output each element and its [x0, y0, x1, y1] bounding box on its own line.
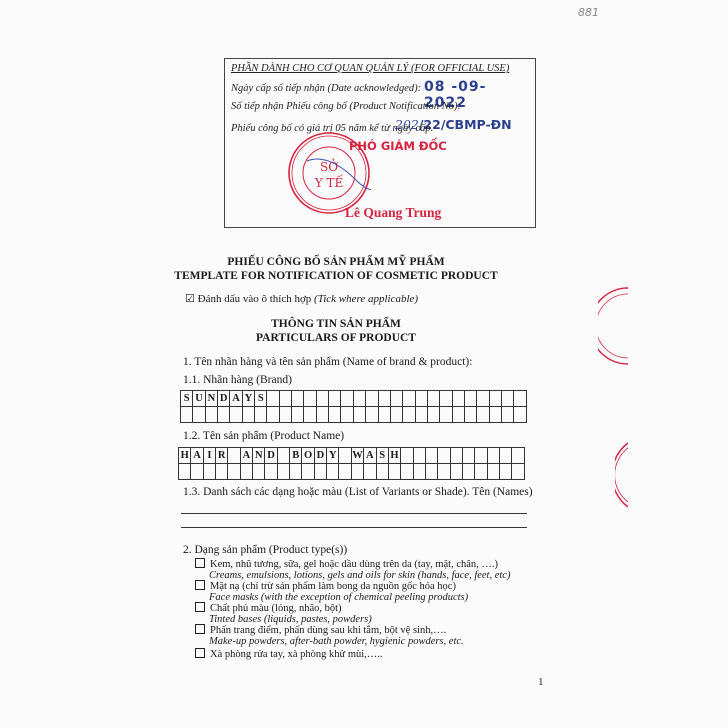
letter-cell[interactable]: U	[193, 391, 205, 407]
letter-cell[interactable]	[401, 464, 413, 480]
tick-instruction: ☑ Đánh dấu vào ô thích hợp (Tick where a…	[185, 292, 418, 305]
product-type-label-vi: Mặt nạ (chỉ trừ sản phẩm làm bong da ngu…	[210, 581, 456, 592]
letter-cell[interactable]	[451, 464, 463, 480]
letter-cell[interactable]: A	[191, 448, 203, 464]
letter-cell[interactable]	[453, 407, 465, 423]
letter-cell[interactable]	[512, 448, 524, 464]
seal-center-line2: Y TẾ	[314, 173, 344, 190]
letter-cell[interactable]	[329, 407, 341, 423]
letter-cell[interactable]: D	[315, 448, 327, 464]
brand-letter-grid[interactable]: SUNDAYS	[180, 390, 527, 423]
letter-cell[interactable]	[465, 407, 477, 423]
letter-cell[interactable]	[181, 407, 193, 423]
product-type-label-vi: Xà phòng rửa tay, xà phòng khử mùi,…..	[210, 649, 383, 660]
letter-cell[interactable]	[490, 407, 502, 423]
product-type-label-vi: Chất phủ màu (lỏng, nhão, bột)	[210, 603, 342, 614]
letter-cell[interactable]: R	[216, 448, 228, 464]
section-title-en: PARTICULARS OF PRODUCT	[0, 332, 700, 344]
letter-cell[interactable]: N	[253, 448, 265, 464]
letter-cell[interactable]	[253, 464, 265, 480]
letter-cell[interactable]	[329, 391, 341, 407]
notification-no-label: Số tiếp nhận Phiếu công bố (Product Noti…	[231, 101, 461, 112]
letter-cell[interactable]: D	[218, 391, 230, 407]
letter-cell[interactable]	[502, 391, 514, 407]
tick-instruction-vi: Đánh dấu vào ô thích hợp	[198, 293, 312, 305]
letter-cell[interactable]	[265, 464, 277, 480]
letter-cell[interactable]	[341, 407, 353, 423]
letter-cell[interactable]	[292, 407, 304, 423]
letter-cell[interactable]	[488, 448, 500, 464]
letter-cell[interactable]	[339, 464, 351, 480]
letter-cell[interactable]	[366, 407, 378, 423]
letter-cell[interactable]	[512, 464, 524, 480]
letter-cell[interactable]	[477, 391, 489, 407]
letter-cell[interactable]	[377, 464, 389, 480]
letter-cell[interactable]	[339, 448, 351, 464]
letter-cell[interactable]	[391, 391, 403, 407]
letter-cell[interactable]	[514, 391, 526, 407]
letter-cell[interactable]	[315, 464, 327, 480]
letter-cell[interactable]	[440, 407, 452, 423]
checkbox[interactable]	[195, 648, 205, 658]
letter-cell[interactable]	[475, 464, 487, 480]
letter-cell[interactable]: N	[206, 391, 218, 407]
letter-cell[interactable]: A	[230, 391, 242, 407]
letter-cell[interactable]	[488, 464, 500, 480]
question-1-2-product-name: 1.2. Tên sản phẩm (Product Name)	[183, 430, 344, 442]
checkbox[interactable]	[195, 580, 205, 590]
product-name-letter-grid[interactable]: HAIR AND BODY WASH	[178, 447, 525, 480]
letter-cell[interactable]: I	[204, 448, 216, 464]
letter-cell[interactable]	[341, 391, 353, 407]
product-type-label-vi: Kem, nhũ tương, sữa, gel hoặc dầu dùng t…	[210, 559, 498, 570]
document-title-vi: PHIẾU CÔNG BỐ SẢN PHẨM MỸ PHẨM	[0, 256, 700, 268]
letter-cell[interactable]	[416, 407, 428, 423]
letter-cell[interactable]	[241, 464, 253, 480]
letter-cell[interactable]	[354, 391, 366, 407]
letter-cell[interactable]	[440, 391, 452, 407]
letter-cell[interactable]	[352, 464, 364, 480]
letter-cell[interactable]	[216, 464, 228, 480]
variants-line-1[interactable]	[181, 513, 527, 514]
letter-cell[interactable]	[490, 391, 502, 407]
handwritten-page-note: 881	[578, 6, 599, 19]
page-number: 1	[538, 676, 544, 688]
letter-cell[interactable]	[414, 448, 426, 464]
tick-instruction-en: (Tick where applicable)	[314, 293, 418, 305]
product-type-label-en: Make-up powders, after-bath powder, hygi…	[209, 636, 464, 647]
product-type-option: Kem, nhũ tương, sữa, gel hoặc dầu dùng t…	[195, 558, 510, 581]
letter-cell[interactable]	[267, 391, 279, 407]
checkbox[interactable]	[195, 602, 205, 612]
letter-cell[interactable]	[302, 464, 314, 480]
letter-cell[interactable]: S	[255, 391, 267, 407]
letter-cell[interactable]	[389, 464, 401, 480]
letter-cell[interactable]: S	[377, 448, 389, 464]
letter-cell[interactable]	[391, 407, 403, 423]
letter-cell[interactable]	[463, 464, 475, 480]
letter-cell[interactable]	[206, 407, 218, 423]
letter-cell[interactable]	[453, 391, 465, 407]
document-title-en: TEMPLATE FOR NOTIFICATION OF COSMETIC PR…	[0, 270, 700, 282]
letter-cell[interactable]	[327, 464, 339, 480]
letter-cell[interactable]	[366, 391, 378, 407]
letter-cell[interactable]	[317, 407, 329, 423]
letter-cell[interactable]	[451, 448, 463, 464]
letter-cell[interactable]	[280, 391, 292, 407]
letter-cell[interactable]	[475, 448, 487, 464]
product-type-option: Mặt nạ (chỉ trừ sản phẩm làm bong da ngu…	[195, 580, 468, 603]
letter-cell[interactable]	[290, 464, 302, 480]
letter-cell[interactable]: W	[352, 448, 364, 464]
letter-cell[interactable]	[401, 448, 413, 464]
letter-cell[interactable]	[416, 391, 428, 407]
letter-cell[interactable]	[428, 407, 440, 423]
checkbox[interactable]	[195, 624, 205, 634]
checked-box-icon: ☑	[185, 293, 195, 305]
letter-cell[interactable]	[193, 407, 205, 423]
letter-cell[interactable]	[465, 391, 477, 407]
letter-cell[interactable]	[218, 407, 230, 423]
letter-cell[interactable]	[228, 448, 240, 464]
letter-cell[interactable]	[191, 464, 203, 480]
product-type-option: Phấn trang điểm, phấn dùng sau khi tắm, …	[195, 624, 464, 647]
letter-cell[interactable]	[426, 464, 438, 480]
letter-cell[interactable]	[428, 391, 440, 407]
letter-cell[interactable]	[502, 407, 514, 423]
letter-cell[interactable]	[278, 464, 290, 480]
letter-cell[interactable]	[304, 391, 316, 407]
letter-cell[interactable]	[317, 391, 329, 407]
letter-cell[interactable]	[364, 464, 376, 480]
letter-cell[interactable]	[255, 407, 267, 423]
letter-cell[interactable]	[403, 391, 415, 407]
letter-cell[interactable]: H	[389, 448, 401, 464]
letter-cell[interactable]	[379, 391, 391, 407]
question-1-3-variants: 1.3. Danh sách các dạng hoặc màu (List o…	[183, 486, 533, 498]
official-box-title: PHẦN DÀNH CHO CƠ QUAN QUẢN LÝ (FOR OFFIC…	[231, 63, 509, 74]
signer-title: PHÓ GIÁM ĐỐC	[349, 139, 447, 153]
letter-cell[interactable]: A	[241, 448, 253, 464]
product-type-label-vi: Phấn trang điểm, phấn dùng sau khi tắm, …	[210, 625, 446, 636]
letter-cell[interactable]: B	[290, 448, 302, 464]
section-title-vi: THÔNG TIN SẢN PHẨM	[0, 318, 700, 330]
letter-cell[interactable]	[414, 464, 426, 480]
letter-cell[interactable]	[278, 448, 290, 464]
letter-cell[interactable]	[228, 464, 240, 480]
letter-cell[interactable]	[500, 448, 512, 464]
letter-cell[interactable]	[304, 407, 316, 423]
letter-cell[interactable]: D	[265, 448, 277, 464]
letter-cell[interactable]	[280, 407, 292, 423]
question-2-product-type: 2. Dạng sản phẩm (Product type(s))	[183, 544, 347, 556]
letter-cell[interactable]	[243, 407, 255, 423]
letter-cell[interactable]: Y	[243, 391, 255, 407]
letter-cell[interactable]: A	[364, 448, 376, 464]
product-type-option: Xà phòng rửa tay, xà phòng khử mùi,…..	[195, 648, 383, 660]
letter-cell[interactable]: S	[181, 391, 193, 407]
letter-cell[interactable]	[292, 391, 304, 407]
letter-cell[interactable]	[463, 448, 475, 464]
letter-cell[interactable]	[204, 464, 216, 480]
checkbox[interactable]	[195, 558, 205, 568]
question-1-1-brand: 1.1. Nhãn hàng (Brand)	[183, 374, 292, 386]
letter-cell[interactable]	[403, 407, 415, 423]
letter-cell[interactable]	[379, 407, 391, 423]
letter-cell[interactable]	[477, 407, 489, 423]
letter-cell[interactable]	[354, 407, 366, 423]
letter-cell[interactable]	[438, 464, 450, 480]
letter-cell[interactable]	[426, 448, 438, 464]
signer-name: Lê Quang Trung	[345, 205, 441, 221]
partial-seal-icon-2	[615, 442, 628, 508]
letter-cell[interactable]	[500, 464, 512, 480]
official-use-box: PHẦN DÀNH CHO CƠ QUAN QUẢN LÝ (FOR OFFIC…	[224, 58, 536, 228]
date-acknowledged-label: Ngày cấp số tiếp nhận (Date acknowledged…	[231, 83, 421, 94]
variants-line-2[interactable]	[181, 527, 527, 528]
product-type-option: Chất phủ màu (lỏng, nhão, bột)Tinted bas…	[195, 602, 372, 625]
letter-cell[interactable]: H	[179, 448, 191, 464]
letter-cell[interactable]: Y	[327, 448, 339, 464]
letter-cell[interactable]	[267, 407, 279, 423]
question-1: 1. Tên nhãn hàng và tên sản phẩm (Name o…	[183, 356, 472, 368]
letter-cell[interactable]: O	[302, 448, 314, 464]
letter-cell[interactable]	[179, 464, 191, 480]
letter-cell[interactable]	[438, 448, 450, 464]
letter-cell[interactable]	[514, 407, 526, 423]
letter-cell[interactable]	[230, 407, 242, 423]
